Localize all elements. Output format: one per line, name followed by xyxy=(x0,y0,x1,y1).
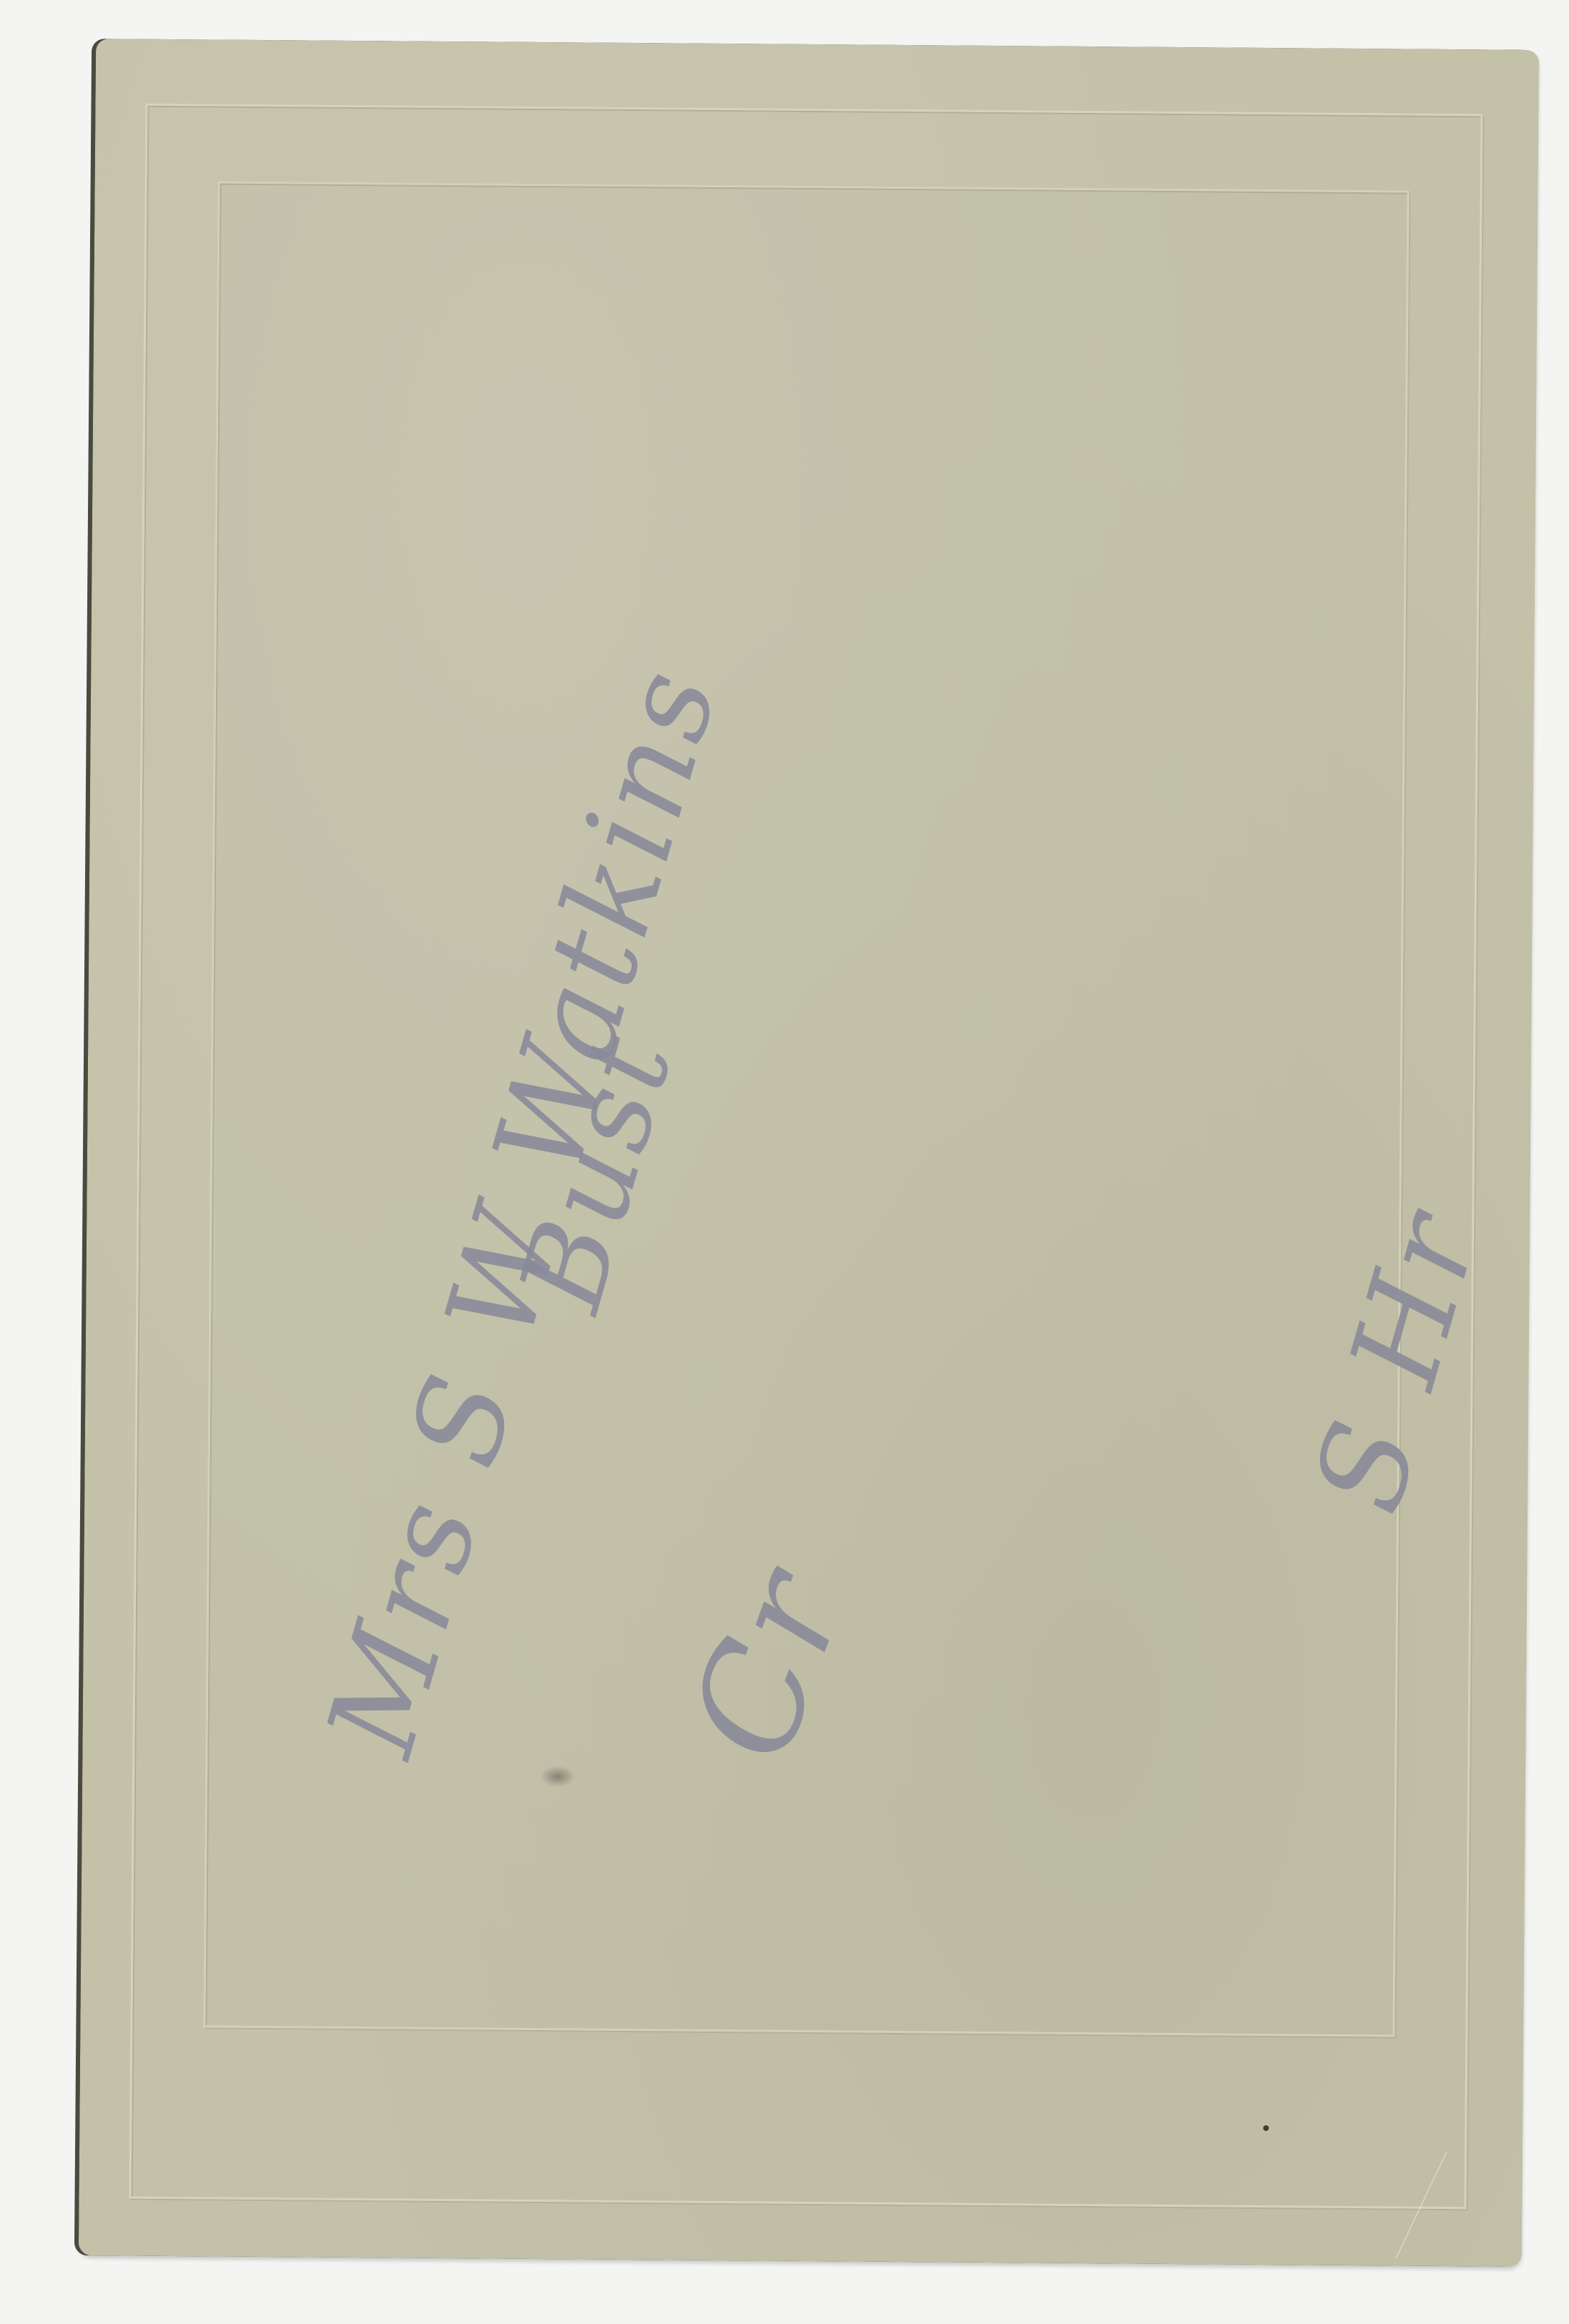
pencil-smudge xyxy=(540,1766,576,1787)
ink-dot xyxy=(1263,2125,1269,2131)
photo-card-back xyxy=(79,39,1539,2267)
